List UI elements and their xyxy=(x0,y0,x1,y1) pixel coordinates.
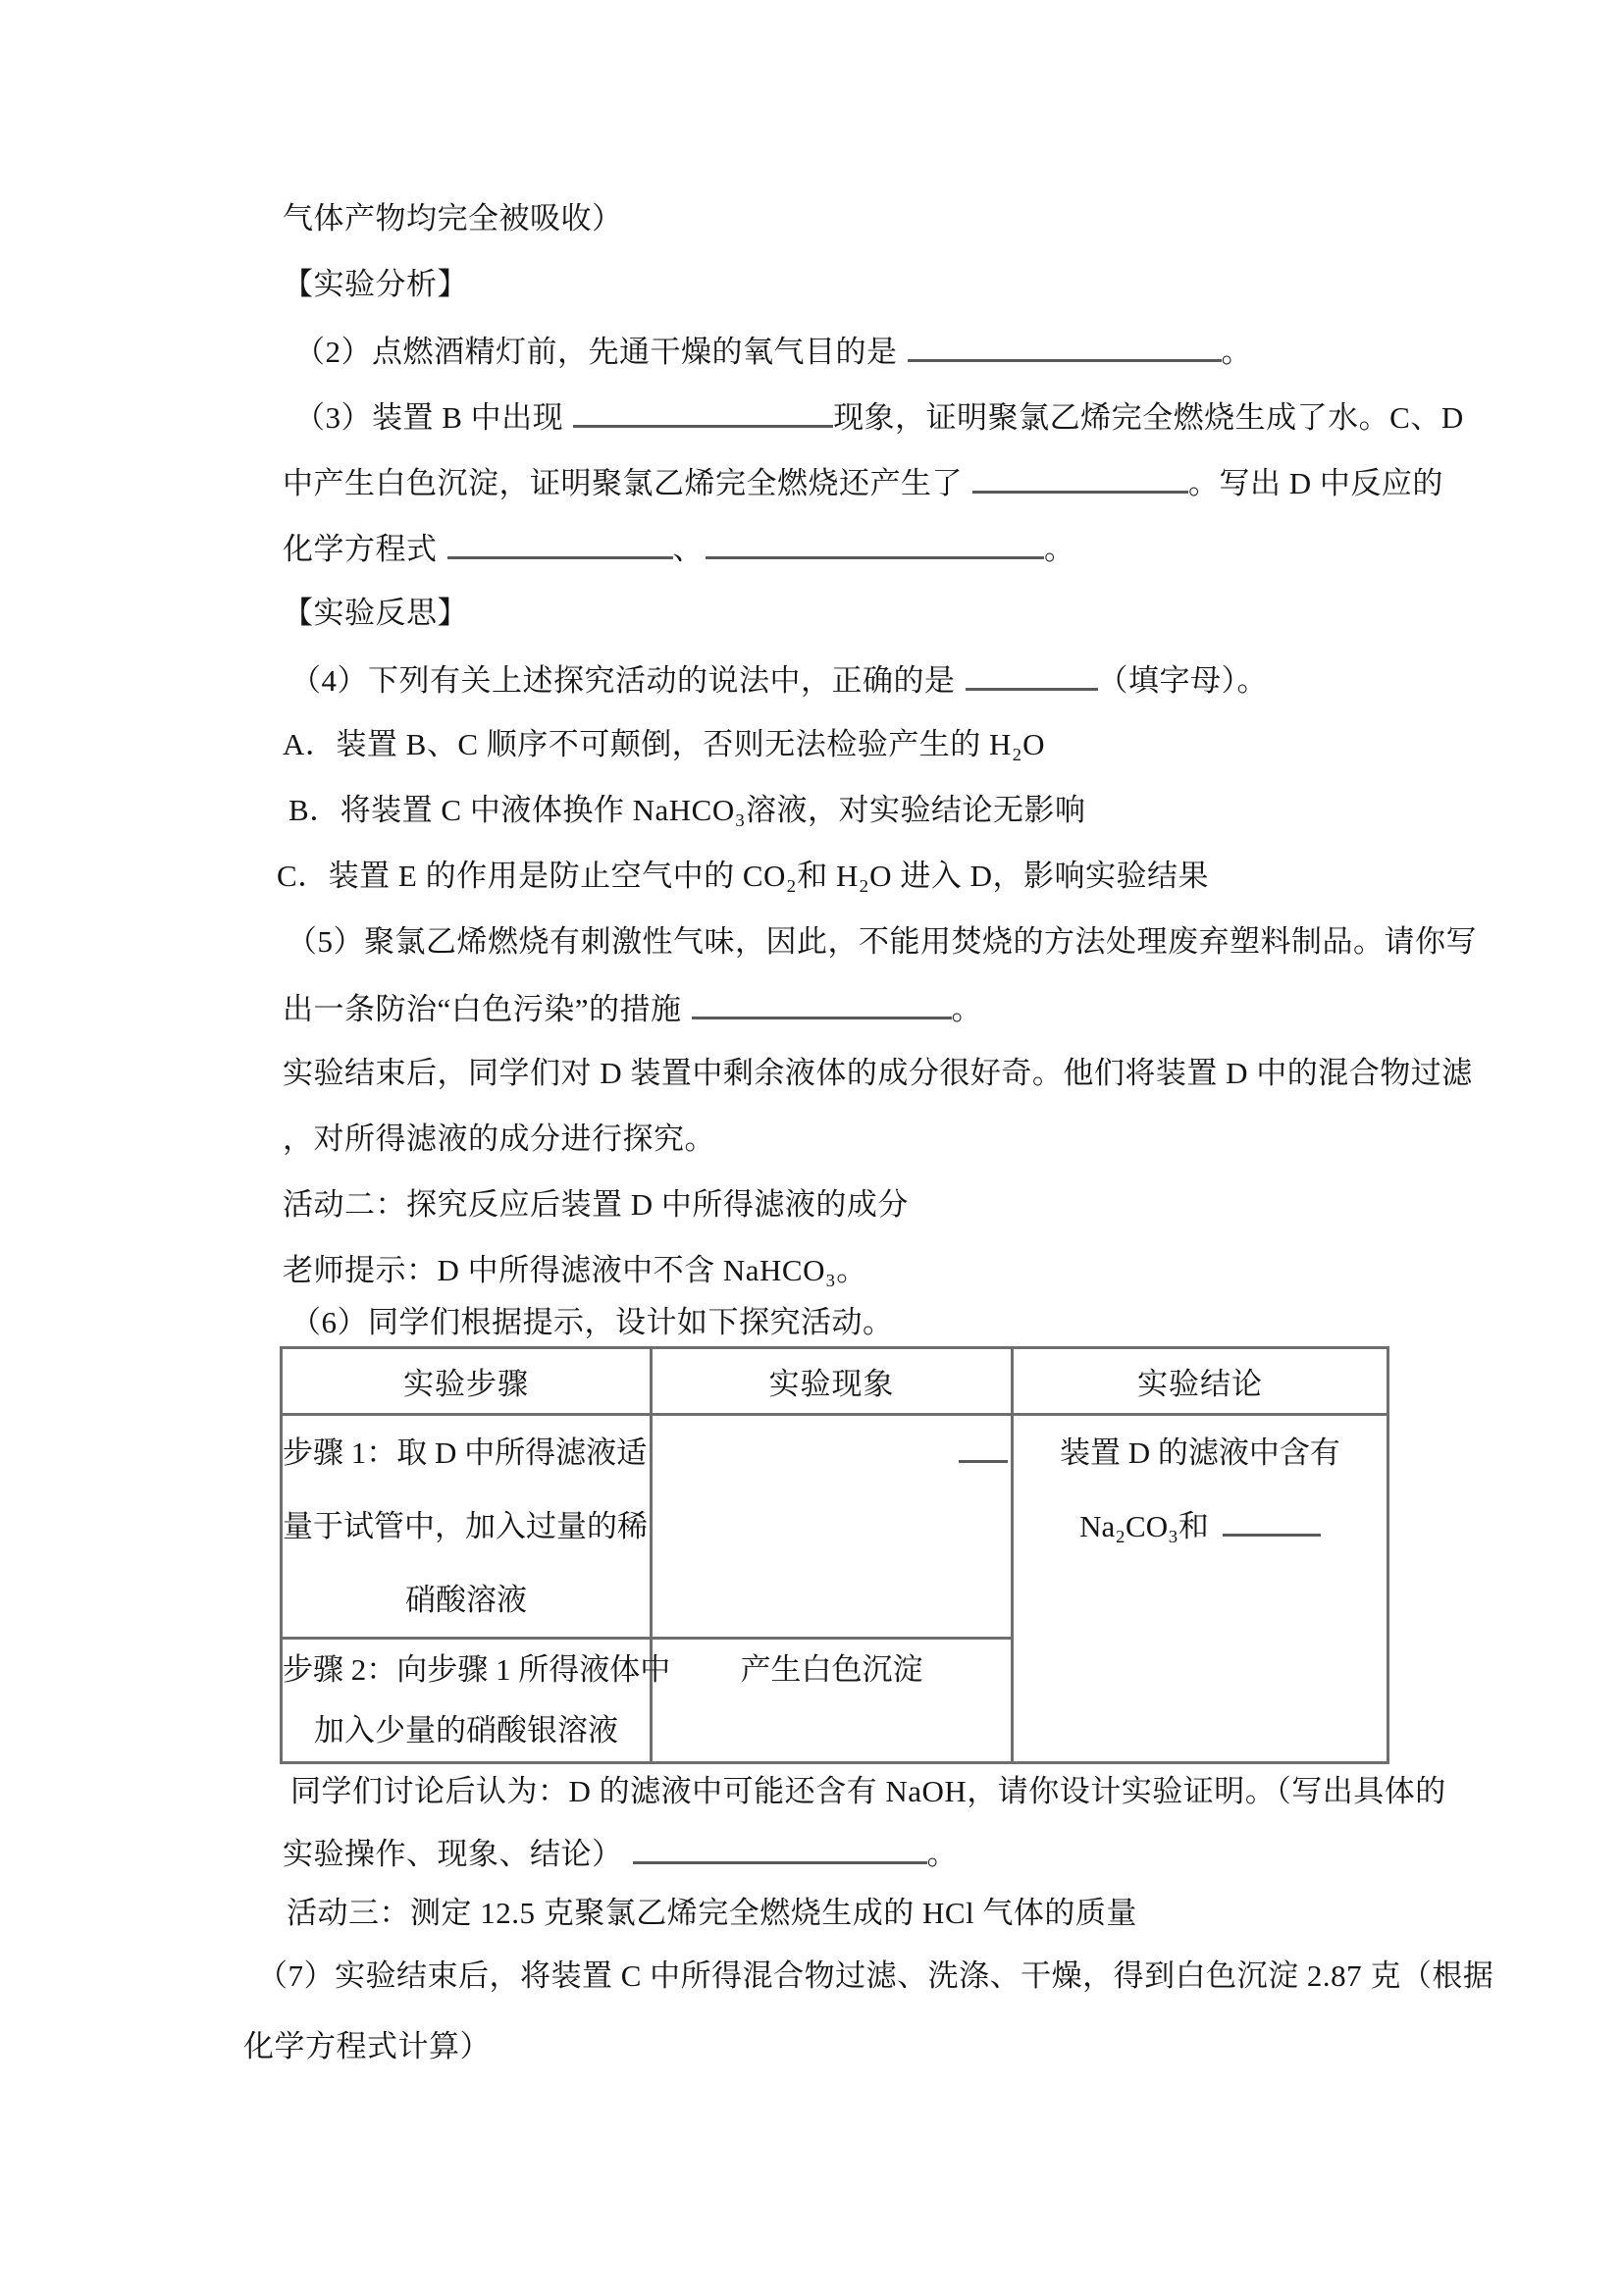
answer-blank-q2 xyxy=(908,333,1222,362)
question-3-part1: （3）装置 B 中出现现象，证明聚氯乙烯完全燃烧生成了水。C、D xyxy=(294,398,1464,436)
answer-blank-equation-2 xyxy=(706,530,1044,559)
question-3-equations: 化学方程式、。 xyxy=(283,530,1075,567)
discussion-note-1: 同学们讨论后认为：D 的滤液中可能还含有 NaOH，请你设计实验证明。（写出具体… xyxy=(290,1774,1446,1809)
option-a: A．装置 B、C 顺序不可颠倒，否则无法检验产生的 H₂O xyxy=(283,727,1045,762)
option-b: B．将装置 C 中液体换作 NaHCO₃溶液，对实验结论无影响 xyxy=(288,793,1086,828)
equation-period: 。 xyxy=(1044,532,1075,566)
step2-line1: 步骤 2：向步骤 1 所得液体中 xyxy=(283,1640,650,1700)
discussion-note-2: 实验操作、现象、结论）。 xyxy=(283,1835,958,1872)
question-6: （6）同学们根据提示，设计如下探究活动。 xyxy=(290,1305,894,1340)
question-2-period: 。 xyxy=(1222,335,1253,369)
answer-blank-phenomenon xyxy=(959,1437,1008,1463)
step1-line1: 步骤 1：取 D 中所得滤液适 xyxy=(283,1416,650,1489)
inquiry-table: 实验步骤 实验现象 实验结论 步骤 1：取 D 中所得滤液适 量于试管中，加入过… xyxy=(280,1346,1389,1764)
option-c: C．装置 E 的作用是防止空气中的 CO₂和 H₂O 进入 D，影响实验结果 xyxy=(277,859,1209,894)
question-3-text-a: （3）装置 B 中出现 xyxy=(294,400,563,435)
question-3-text-b: 现象，证明聚氯乙烯完全燃烧生成了水。C、D xyxy=(833,400,1464,435)
question-5-part1: （5）聚氯乙烯燃烧有刺激性气味，因此，不能用焚烧的方法处理废弃塑料制品。请你写 xyxy=(287,924,1477,960)
table-header-steps: 实验步骤 xyxy=(282,1348,652,1415)
step2-phenomenon: 产生白色沉淀 xyxy=(653,1640,1011,1700)
answer-blank-naoh-proof xyxy=(633,1835,927,1864)
answer-blank-q3-2 xyxy=(972,464,1188,494)
table-header-phenomenon: 实验现象 xyxy=(652,1348,1013,1415)
answer-blank-conclusion xyxy=(1223,1511,1321,1537)
question-5-text: 出一条防治“白色污染”的措施 xyxy=(283,992,682,1026)
question-5-part2: 出一条防治“白色污染”的措施。 xyxy=(283,990,982,1027)
step1-line3: 硝酸溶液 xyxy=(283,1563,650,1637)
equation-separator: 、 xyxy=(673,532,705,566)
table-row-step1: 步骤 1：取 D 中所得滤液适 量于试管中，加入过量的稀 硝酸溶液 装置 D 的… xyxy=(282,1415,1388,1639)
question-4-suffix: （填字母）。 xyxy=(1098,663,1269,698)
question-3-text-c: 中产生白色沉淀，证明聚氯乙烯完全燃烧还产生了 xyxy=(283,466,963,500)
step2-line2: 加入少量的硝酸银溶液 xyxy=(283,1700,650,1761)
question-4-text: （4）下列有关上述探究活动的说法中，正确的是 xyxy=(290,663,956,698)
section-title-analysis: 【实验分析】 xyxy=(283,267,468,302)
section-title-reflection: 【实验反思】 xyxy=(283,596,468,631)
conclusion-line2: Na₂CO₃和 xyxy=(1014,1489,1387,1563)
answer-blank-q4 xyxy=(966,661,1098,691)
question-2: （2）点燃酒精灯前，先通干燥的氧气目的是。 xyxy=(294,333,1252,370)
question-3-part2: 中产生白色沉淀，证明聚氯乙烯完全燃烧还产生了。写出 D 中反应的 xyxy=(283,464,1443,501)
activity-2-title: 活动二：探究反应后装置 D 中所得滤液的成分 xyxy=(283,1187,909,1223)
question-3-text-d: 。写出 D 中反应的 xyxy=(1188,466,1443,500)
question-5-period: 。 xyxy=(952,992,983,1026)
answer-blank-equation-1 xyxy=(447,530,673,559)
step1-line2: 量于试管中，加入过量的稀 xyxy=(283,1489,650,1563)
context-note: 气体产物均完全被吸收） xyxy=(283,201,623,236)
step1-phenomenon-cell xyxy=(652,1415,1013,1639)
conclusion-formula: Na₂CO₃和 xyxy=(1079,1509,1209,1543)
conclusion-line1: 装置 D 的滤液中含有 xyxy=(1014,1416,1387,1489)
activity-3-title: 活动三：测定 12.5 克聚氯乙烯完全燃烧生成的 HCl 气体的质量 xyxy=(287,1896,1137,1931)
question-7-part2: 化学方程式计算） xyxy=(243,2029,491,2064)
table-header-conclusion: 实验结论 xyxy=(1013,1348,1388,1415)
step1-procedure-cell: 步骤 1：取 D 中所得滤液适 量于试管中，加入过量的稀 硝酸溶液 xyxy=(282,1415,652,1639)
step1-phenomenon-blank-line xyxy=(653,1416,1011,1489)
discussion-note-2-period: 。 xyxy=(927,1837,959,1871)
answer-blank-q3-1 xyxy=(573,398,833,428)
equation-label: 化学方程式 xyxy=(283,532,438,566)
paragraph-filtrate-1: 实验结束后，同学们对 D 装置中剩余液体的成分很好奇。他们将装置 D 中的混合物… xyxy=(283,1056,1473,1091)
step2-procedure-cell: 步骤 2：向步骤 1 所得液体中 加入少量的硝酸银溶液 xyxy=(282,1639,652,1763)
answer-blank-q5 xyxy=(692,990,952,1019)
teacher-hint: 老师提示：D 中所得滤液中不含 NaHCO₃。 xyxy=(283,1253,867,1288)
question-7-part1: （7）实验结束后，将装置 C 中所得混合物过滤、洗涤、干燥，得到白色沉淀 2.8… xyxy=(257,1958,1493,1994)
step2-phenomenon-cell: 产生白色沉淀 xyxy=(652,1639,1013,1763)
question-2-text: （2）点燃酒精灯前，先通干燥的氧气目的是 xyxy=(294,335,898,369)
table-header-row: 实验步骤 实验现象 实验结论 xyxy=(282,1348,1388,1415)
worksheet-page: 气体产物均完全被吸收） 【实验分析】 （2）点燃酒精灯前，先通干燥的氧气目的是。… xyxy=(0,0,1623,2296)
discussion-note-2-text: 实验操作、现象、结论） xyxy=(283,1837,623,1871)
conclusion-cell: 装置 D 的滤液中含有 Na₂CO₃和 xyxy=(1013,1415,1388,1763)
paragraph-filtrate-2: ，对所得滤液的成分进行探究。 xyxy=(283,1122,715,1157)
question-4: （4）下列有关上述探究活动的说法中，正确的是（填字母）。 xyxy=(290,661,1268,699)
